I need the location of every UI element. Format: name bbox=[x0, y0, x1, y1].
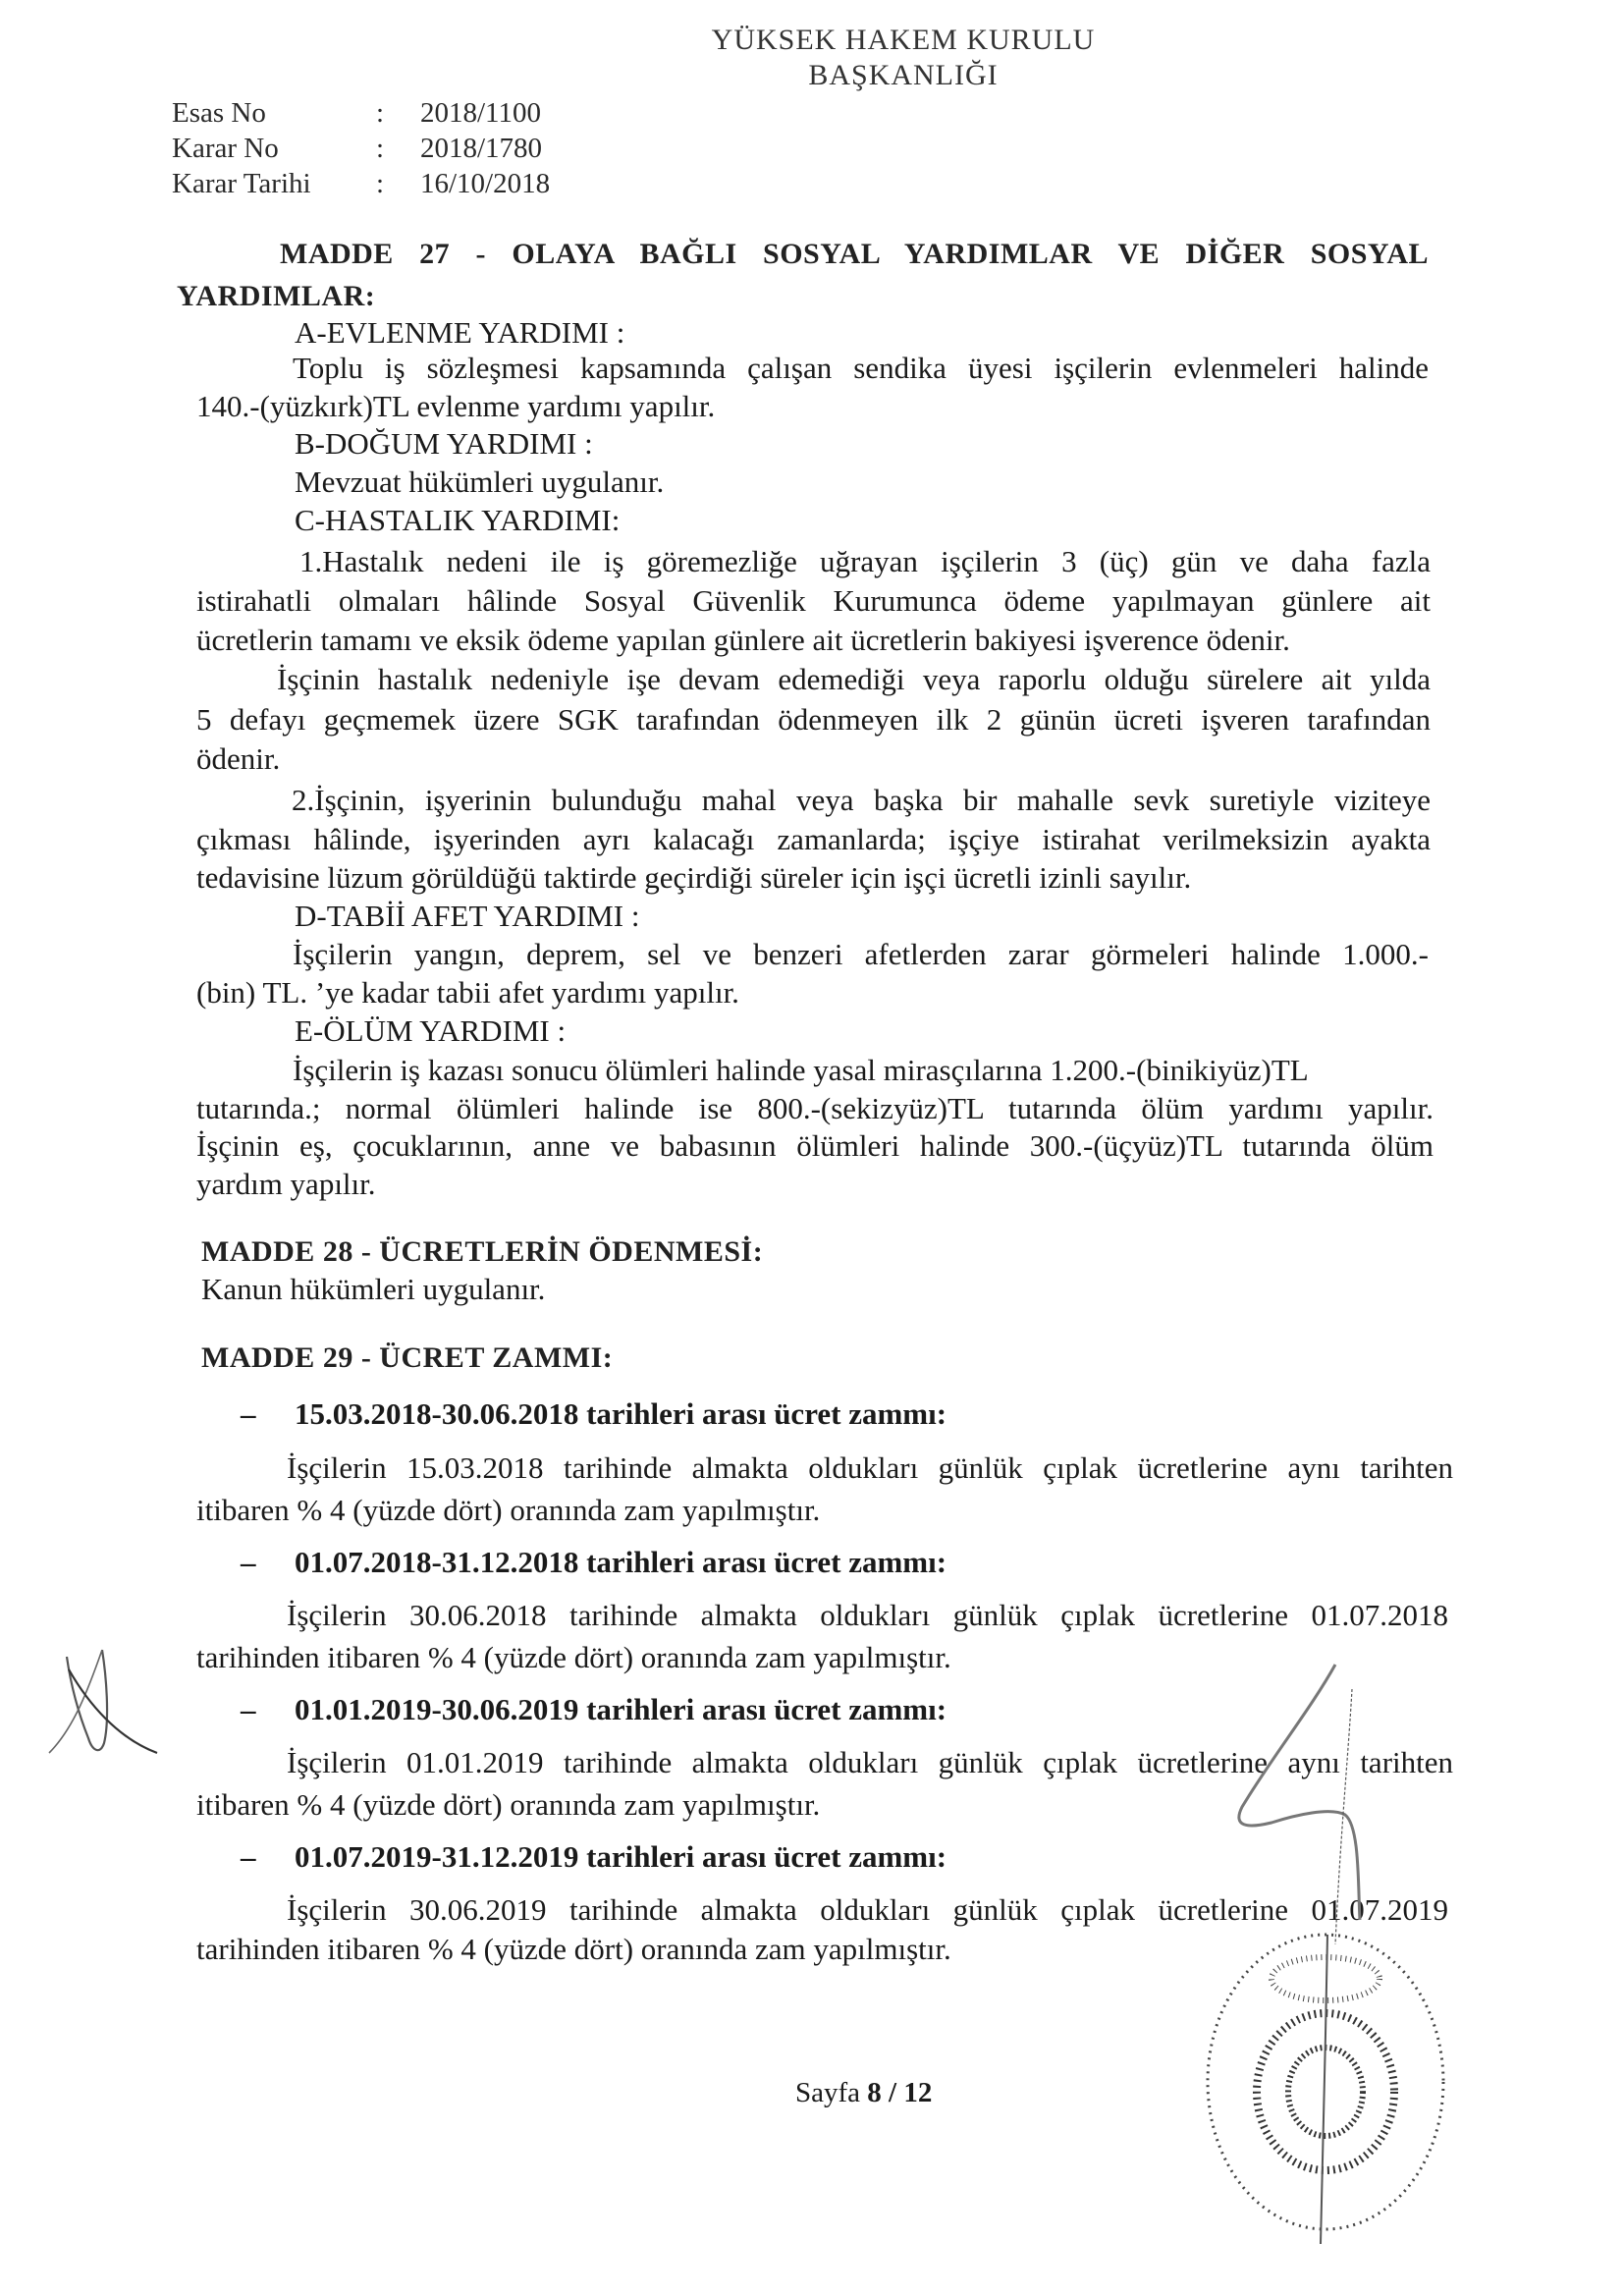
institution-title-line1: YÜKSEK HAKEM KURULU bbox=[628, 22, 1178, 59]
section-c-p1-line: ücretlerin tamamı ve eksik ödeme yapılan… bbox=[196, 622, 1290, 659]
signature-right-icon bbox=[1203, 1660, 1399, 1954]
section-d-heading: D-TABİİ AFET YARDIMI : bbox=[295, 898, 639, 935]
meta-value: 2018/1100 bbox=[420, 94, 541, 132]
section-a-line: 140.-(yüzkırk)TL evlenme yardımı yapılır… bbox=[196, 388, 715, 425]
period-line: tarihinden itibaren % 4 (yüzde dört) ora… bbox=[196, 1639, 951, 1676]
dash-bullet: – bbox=[241, 1691, 256, 1728]
section-c-p2-line: ödenir. bbox=[196, 740, 280, 778]
meta-value: 16/10/2018 bbox=[420, 165, 550, 202]
section-c-p3-line: tedavisine lüzum görüldüğü taktirde geçi… bbox=[196, 859, 1191, 897]
section-d-line: İşçilerin yangın, deprem, sel ve benzeri… bbox=[293, 936, 1429, 973]
section-c-p3-text: 2.İşçinin, işyerinin bulunduğu mahal vey… bbox=[292, 783, 1431, 817]
dash-bullet: – bbox=[241, 1395, 256, 1433]
dash-bullet: – bbox=[241, 1544, 256, 1581]
section-c-p1-line: 1.Hastalık nedeni ile iş göremezliğe uğr… bbox=[299, 543, 1431, 580]
section-e-line: yardım yapılır. bbox=[196, 1166, 376, 1203]
period-heading-text: 01.07.2018-31.12.2018 tarihleri arası üc… bbox=[295, 1544, 947, 1581]
section-c-p2-line: 5 defayı geçmemek üzere SGK tarafından ö… bbox=[196, 701, 1431, 738]
madde27-title-line2: YARDIMLAR: bbox=[177, 278, 375, 315]
section-a-line: Toplu iş sözleşmesi kapsamında çalışan s… bbox=[293, 350, 1429, 387]
period-line: itibaren % 4 (yüzde dört) oranında zam y… bbox=[196, 1786, 820, 1824]
section-e-heading: E-ÖLÜM YARDIMI : bbox=[295, 1012, 566, 1050]
section-e-line: tutarında.; normal ölümleri halinde ise … bbox=[196, 1090, 1434, 1127]
period-line: İşçilerin 30.06.2018 tarihinde almakta o… bbox=[287, 1597, 1448, 1634]
meta-colon: : bbox=[376, 165, 384, 202]
current-page: 8 bbox=[867, 2077, 882, 2108]
period-line: tarihinden itibaren % 4 (yüzde dört) ora… bbox=[196, 1931, 951, 1968]
section-e-line: İşçinin eş, çocuklarının, anne ve babası… bbox=[196, 1127, 1434, 1165]
page-separator: / bbox=[882, 2077, 904, 2108]
meta-label: Esas No bbox=[172, 94, 266, 132]
meta-value: 2018/1780 bbox=[420, 130, 542, 167]
page-number: Sayfa 8 / 12 bbox=[795, 2074, 932, 2111]
section-d-line: (bin) TL. ’ye kadar tabii afet yardımı y… bbox=[196, 974, 739, 1011]
official-stamp-icon bbox=[1198, 1920, 1453, 2244]
section-c-p2-line: İşçinin hastalık nedeniyle işe devam ede… bbox=[277, 661, 1431, 698]
meta-label: Karar No bbox=[172, 130, 279, 167]
section-a-heading: A-EVLENME YARDIMI : bbox=[295, 314, 624, 352]
dash-bullet: – bbox=[241, 1838, 256, 1876]
meta-colon: : bbox=[376, 130, 384, 167]
section-c-p3-line: 2.İşçinin, işyerinin bulunduğu mahal vey… bbox=[198, 782, 1431, 819]
meta-label: Karar Tarihi bbox=[172, 165, 311, 202]
meta-colon: : bbox=[376, 94, 384, 132]
section-c-p3-line: çıkması hâlinde, işyerinden ayrı kalacağ… bbox=[196, 821, 1431, 858]
period-line: İşçilerin 15.03.2018 tarihinde almakta o… bbox=[287, 1449, 1453, 1487]
section-b-heading: B-DOĞUM YARDIMI : bbox=[295, 425, 593, 463]
institution-title-line2: BAŞKANLIĞI bbox=[628, 57, 1178, 94]
madde28-title: MADDE 28 - ÜCRETLERİN ÖDENMESİ: bbox=[201, 1233, 763, 1271]
madde27-title-line1: MADDE 27 - OLAYA BAĞLI SOSYAL YARDIMLAR … bbox=[280, 236, 1429, 273]
madde28-text: Kanun hükümleri uygulanır. bbox=[201, 1271, 545, 1308]
period-line: itibaren % 4 (yüzde dört) oranında zam y… bbox=[196, 1492, 820, 1529]
page-label: Sayfa bbox=[795, 2077, 867, 2108]
section-c-heading: C-HASTALIK YARDIMI: bbox=[295, 502, 620, 539]
section-e-line: İşçilerin iş kazası sonucu ölümleri hali… bbox=[293, 1052, 1309, 1089]
section-c-p1-line: istirahatli olmaları hâlinde Sosyal Güve… bbox=[196, 582, 1431, 620]
signature-left-icon bbox=[20, 1645, 157, 1773]
total-pages: 12 bbox=[903, 2077, 932, 2108]
period-heading-text: 01.07.2019-31.12.2019 tarihleri arası üc… bbox=[295, 1838, 947, 1876]
madde29-title: MADDE 29 - ÜCRET ZAMMI: bbox=[201, 1339, 613, 1377]
period-heading-text: 01.01.2019-30.06.2019 tarihleri arası üc… bbox=[295, 1691, 947, 1728]
section-b-line: Mevzuat hükümleri uygulanır. bbox=[295, 464, 664, 501]
period-heading-text: 15.03.2018-30.06.2018 tarihleri arası üc… bbox=[295, 1395, 947, 1433]
